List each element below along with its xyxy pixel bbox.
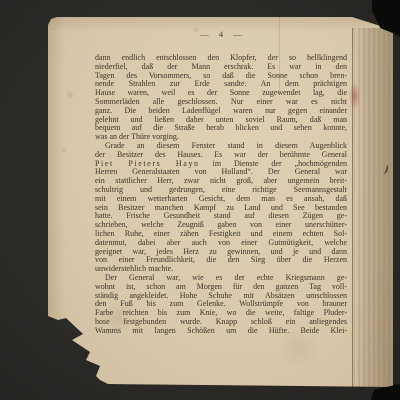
text-line: Wamms mit langen Schößen um die Hüfte. B… <box>95 327 347 336</box>
book-page: — 4 — dann endlich entschlossen den Klop… <box>48 17 393 387</box>
red-stain <box>349 83 360 109</box>
paragraph: dann endlich entschlossen den Klopfer, d… <box>95 54 347 142</box>
paragraph: Grade an diesem Fenster stand in diesem … <box>95 142 347 274</box>
letterspaced-name: Piet Pieters Hayn <box>95 159 200 168</box>
stacked-page-edges <box>352 28 393 387</box>
page-number: — 4 — <box>95 29 347 39</box>
paragraph: Der General war, wie es der echte Kriegs… <box>95 274 347 336</box>
page-text: dann endlich entschlossen den Klopfer, d… <box>95 54 347 336</box>
